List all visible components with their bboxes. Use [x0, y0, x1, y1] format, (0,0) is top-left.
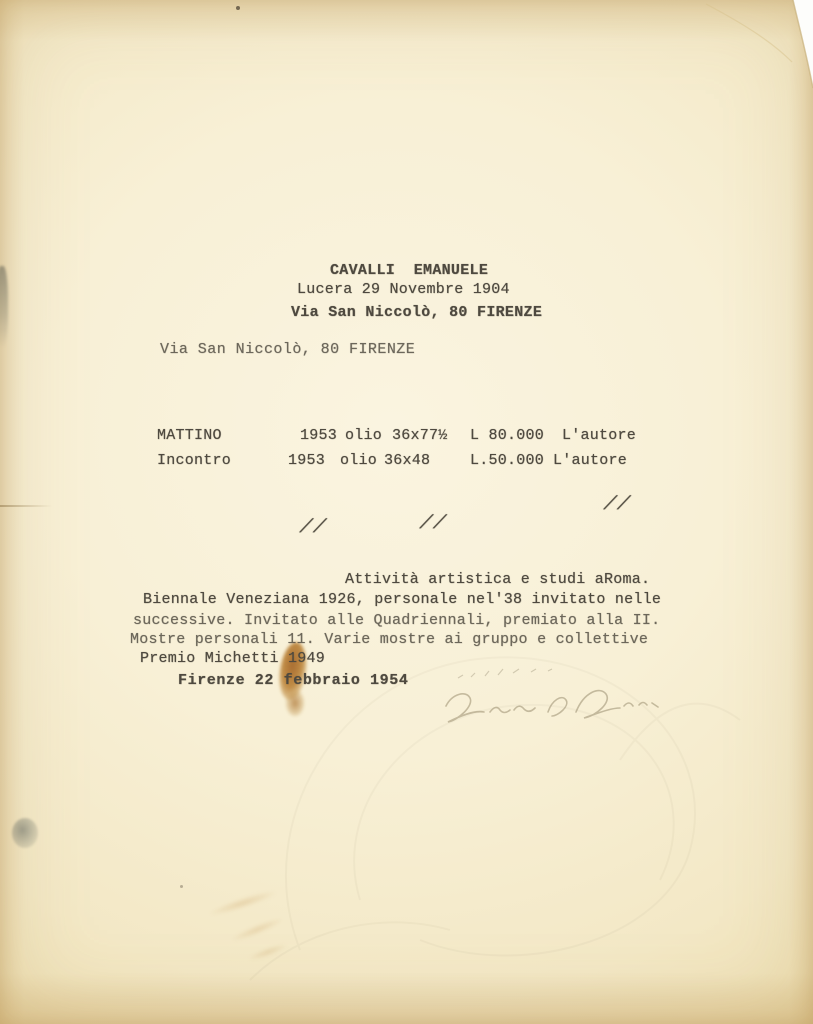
- work-title: Incontro: [157, 452, 231, 469]
- bio-line: successive. Invitato alle Quadriennali, …: [133, 612, 660, 629]
- artist-name: CAVALLI EMANUELE: [330, 262, 488, 279]
- bio-line: Attività artistica e studi aRoma.: [345, 571, 650, 588]
- ditto-mark: //: [418, 515, 448, 532]
- ditto-mark: //: [298, 519, 328, 536]
- address-line: Via San Niccolò, 80 FIRENZE: [160, 341, 415, 358]
- bio-line: Biennale Veneziana 1926, personale nel'3…: [143, 591, 661, 608]
- work-price: L.50.000: [470, 452, 544, 469]
- bio-line: Premio Michetti 1949: [140, 650, 325, 667]
- work-owner: L'autore: [553, 452, 627, 469]
- birth-line: Lucera 29 Novembre 1904: [297, 281, 510, 298]
- work-technique: olio: [340, 452, 377, 469]
- ditto-mark: //: [602, 496, 632, 513]
- work-size: 36x77½: [392, 427, 448, 444]
- paper-sheet: [0, 0, 813, 1024]
- work-year: 1953: [300, 427, 337, 444]
- work-size: 36x48: [384, 452, 430, 469]
- work-title: MATTINO: [157, 427, 222, 444]
- work-year: 1953: [288, 452, 325, 469]
- dateline: Firenze 22 febbraio 1954: [178, 672, 408, 689]
- work-price: L 80.000: [470, 427, 544, 444]
- scanned-document: Emanuele Cavalli CAVALLI EMANUELE Lucera…: [0, 0, 813, 1024]
- work-owner: L'autore: [562, 427, 636, 444]
- work-technique: olio: [345, 427, 382, 444]
- bio-line: Mostre personali 11. Varie mostre ai gru…: [130, 631, 648, 648]
- header-address: Via San Niccolò, 80 FIRENZE: [291, 304, 542, 321]
